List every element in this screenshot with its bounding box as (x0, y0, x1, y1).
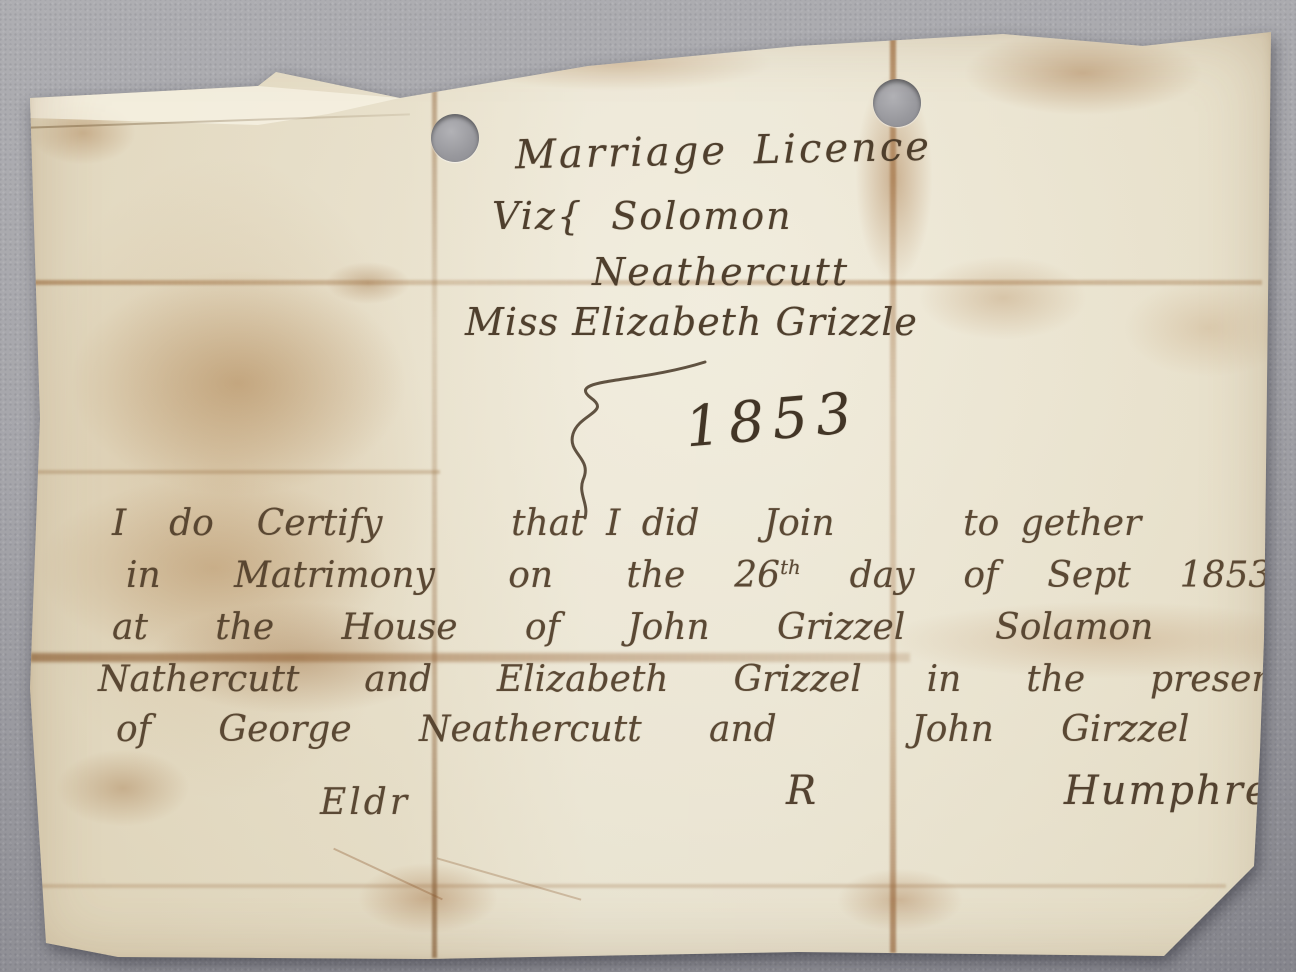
paper-edge-vignette (28, 28, 1272, 962)
document-paper: Marriage Licence Viz{ Solomon Neathercut… (28, 28, 1272, 962)
photo-background: Marriage Licence Viz{ Solomon Neathercut… (0, 0, 1296, 972)
paper-sheet: Marriage Licence Viz{ Solomon Neathercut… (28, 28, 1272, 962)
